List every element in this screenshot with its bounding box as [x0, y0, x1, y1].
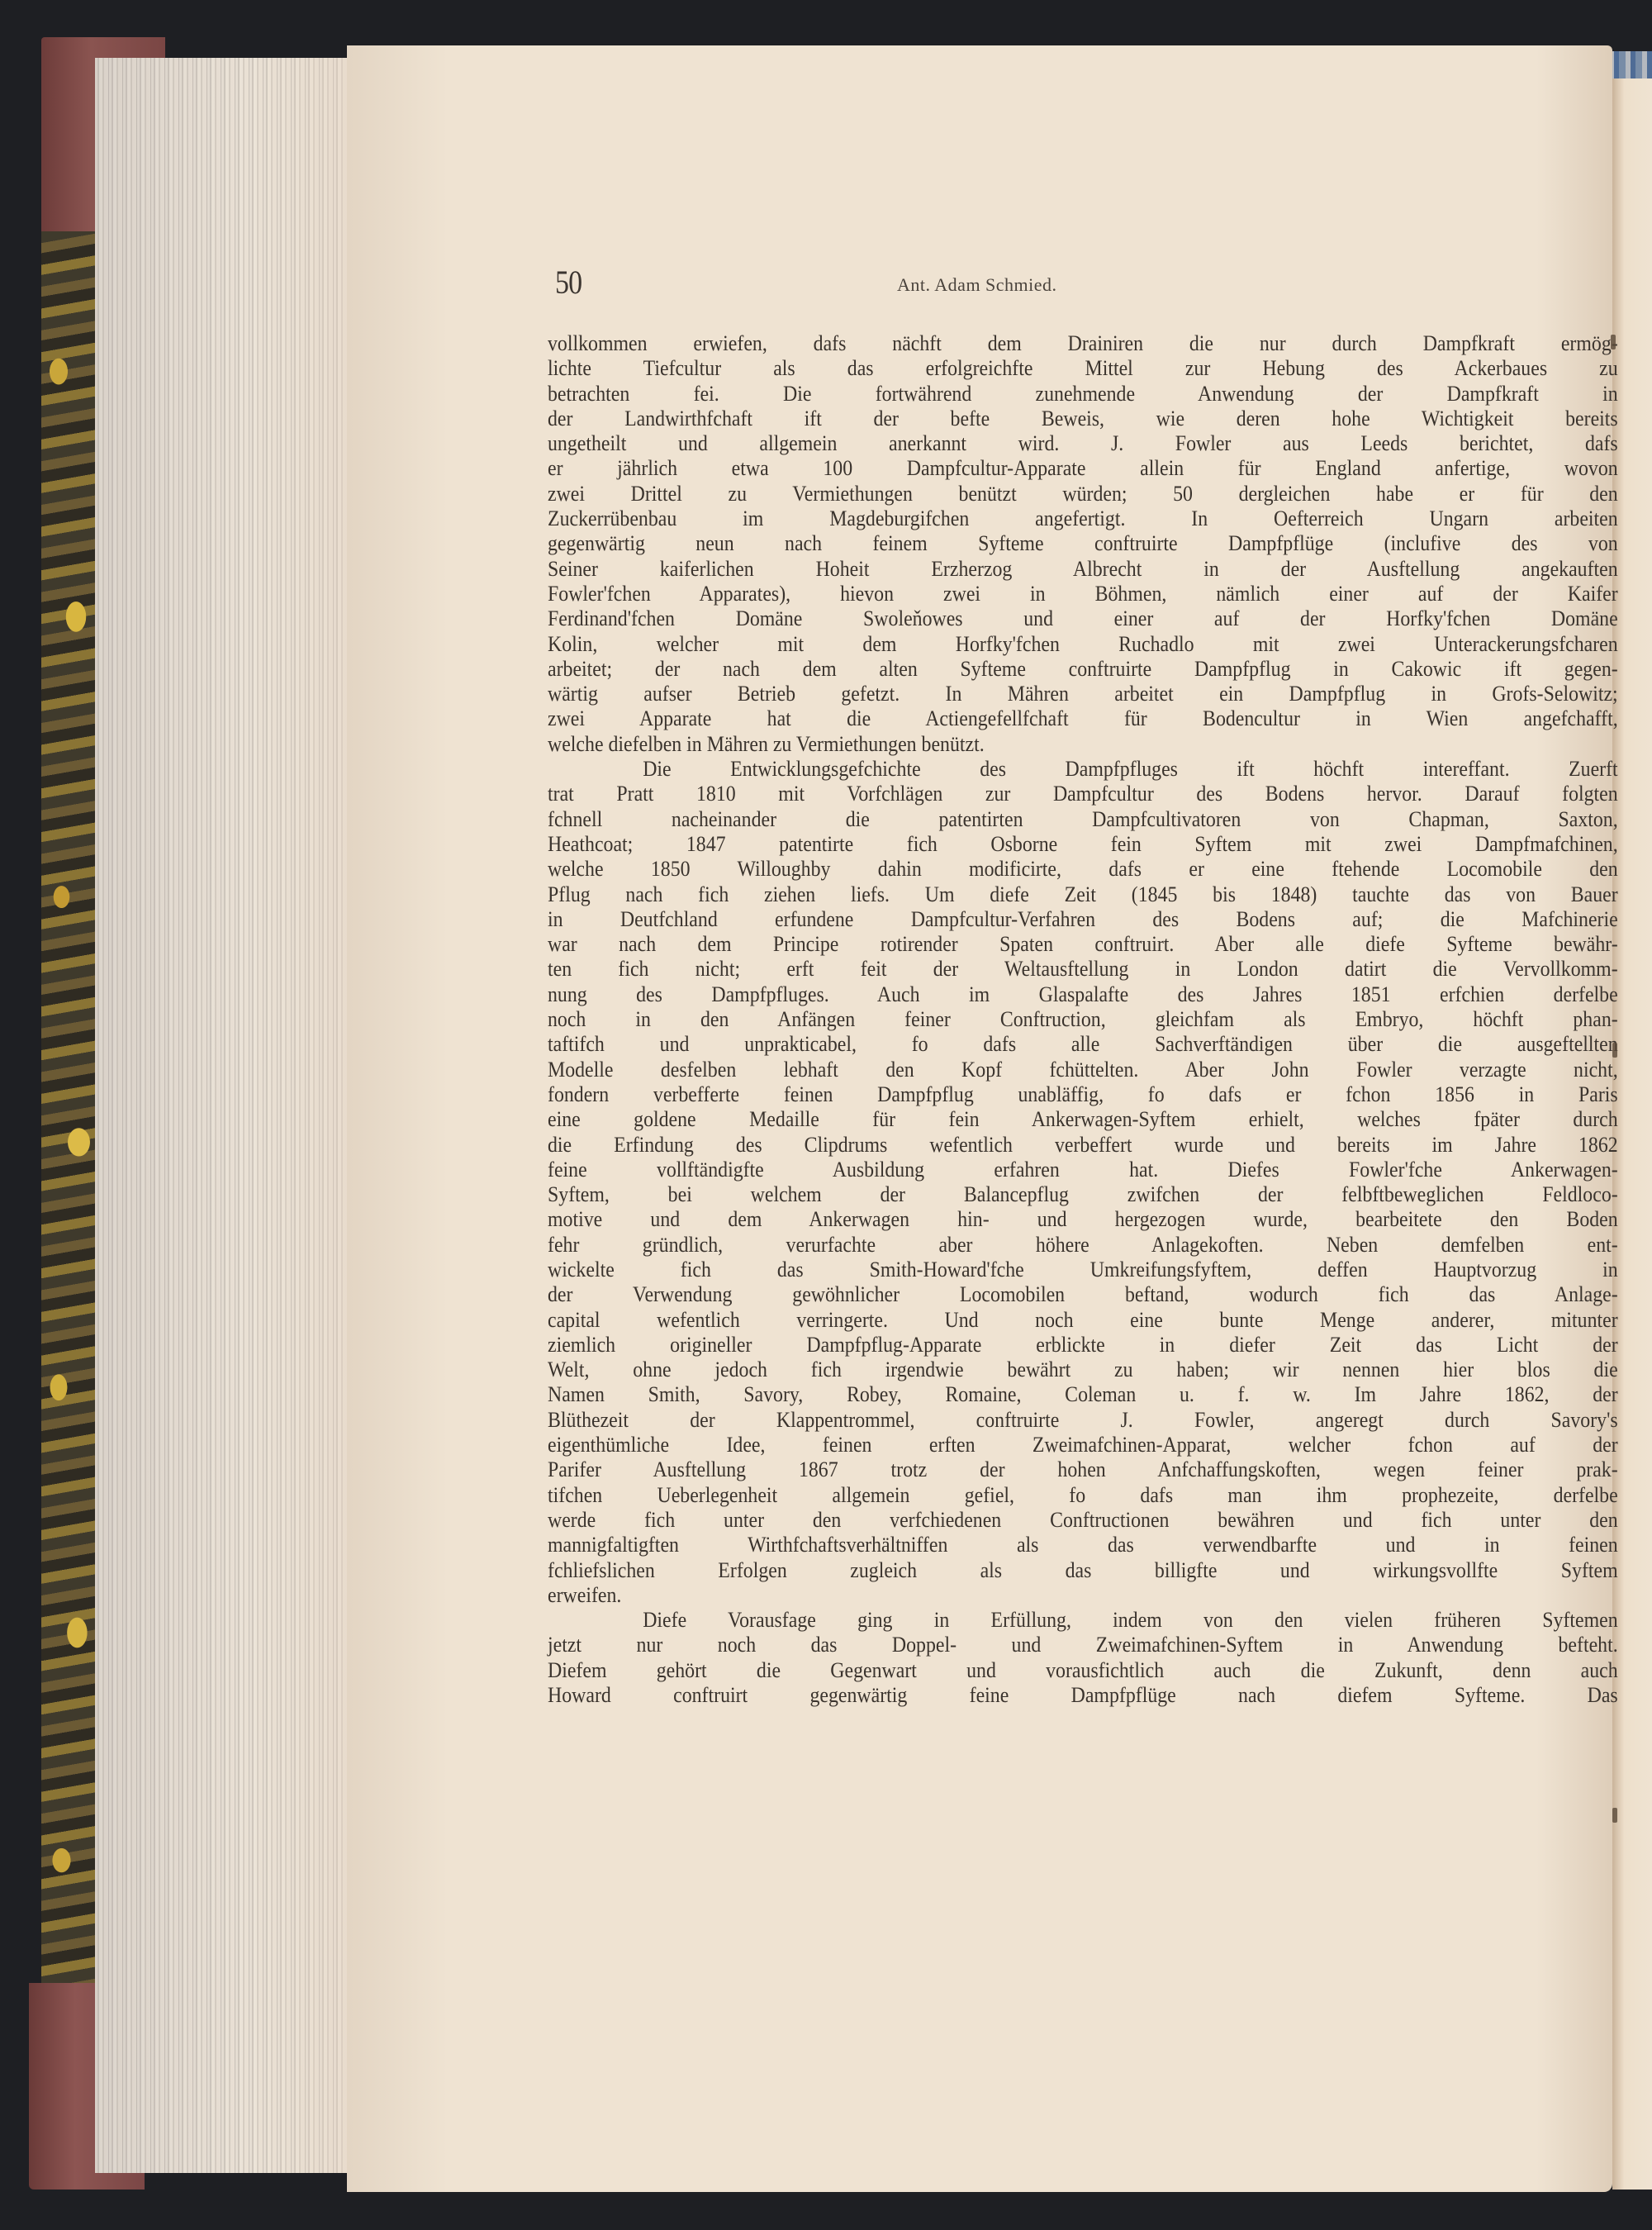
text-line: Diefe Vorausfage ging in Erfüllung, inde… [548, 1607, 1618, 1632]
text-line: zwei Drittel zu Vermiethungen benützt wü… [548, 481, 1618, 506]
text-line: Modelle desfelben lebhaft den Kopf fchüt… [548, 1057, 1618, 1082]
text-line: fchliefslichen Erfolgen zugleich als das… [548, 1557, 1618, 1582]
running-head: Ant. Adam Schmied. [897, 274, 1057, 296]
text-line: betrachten fei. Die fortwährend zunehmen… [548, 381, 1618, 406]
text-line: welche 1850 Willoughby dahin modificirte… [548, 856, 1618, 881]
text-line: fchnell nacheinander die patentirten Dam… [548, 806, 1618, 831]
text-line: arbeitet; der nach dem alten Syfteme con… [548, 656, 1618, 681]
margin-mark [1611, 335, 1616, 349]
text-line: Kolin, welcher mit dem Horfky'fchen Ruch… [548, 631, 1618, 656]
text-line: in Deutfchland erfundene Dampfcultur-Ver… [548, 906, 1618, 931]
text-line: jetzt nur noch das Doppel- und Zweimafch… [548, 1632, 1618, 1657]
text-line: ziemlich origineller Dampfpflug-Apparate… [548, 1332, 1618, 1357]
text-line: fondern verbefferte feinen Dampfpflug un… [548, 1082, 1618, 1106]
text-line: Seiner kaiferlichen Hoheit Erzherzog Alb… [548, 556, 1618, 581]
text-line: eine goldene Medaille für fein Ankerwage… [548, 1106, 1618, 1131]
page-number: 50 [555, 263, 582, 302]
text-line: die Erfindung des Clipdrums wefentlich v… [548, 1132, 1618, 1157]
text-line: Pflug nach fich ziehen liefs. Um diefe Z… [548, 882, 1618, 906]
text-line: vollkommen erwiefen, dafs nächft dem Dra… [548, 330, 1618, 355]
text-line: welche diefelben in Mähren zu Vermiethun… [548, 731, 1618, 756]
text-line: fehr gründlich, verurfachte aber höhere … [548, 1232, 1618, 1257]
text-line: motive und dem Ankerwagen hin- und herge… [548, 1206, 1618, 1231]
text-line: Zuckerrübenbau im Magdeburgifchen angefe… [548, 506, 1618, 530]
text-line: wickelte fich das Smith-Howard'fche Umkr… [548, 1257, 1618, 1281]
text-line: Syftem, bei welchem der Balancepflug zwi… [548, 1182, 1618, 1206]
text-line: Howard conftruirt gegenwärtig feine Damp… [548, 1682, 1618, 1707]
text-line: Ferdinand'fchen Domäne Swoleňowes und ei… [548, 606, 1618, 630]
text-line: tifchen Ueberlegenheit allgemein gefiel,… [548, 1482, 1618, 1507]
text-line: Parifer Ausftellung 1867 trotz der hohen… [548, 1457, 1618, 1481]
text-line: gegenwärtig neun nach feinem Syfteme con… [548, 530, 1618, 555]
text-line: Blüthezeit der Klappentrommel, conftruir… [548, 1407, 1618, 1432]
text-line: noch in den Anfängen feiner Conftruction… [548, 1006, 1618, 1031]
text-line: erweifen. [548, 1582, 1618, 1607]
text-line: wärtig aufser Betrieb gefetzt. In Mähren… [548, 681, 1618, 706]
text-line: capital wefentlich verringerte. Und noch… [548, 1307, 1618, 1332]
text-line: Heathcoat; 1847 patentirte fich Osborne … [548, 831, 1618, 856]
text-line: der Verwendung gewöhnlicher Locomobilen … [548, 1281, 1618, 1306]
book-cover-marbled-board [41, 231, 99, 1983]
text-line: Namen Smith, Savory, Robey, Romaine, Col… [548, 1381, 1618, 1406]
text-line: war nach dem Principe rotirender Spaten … [548, 931, 1618, 956]
text-line: eigenthümliche Idee, feinen erften Zweim… [548, 1432, 1618, 1457]
margin-mark [1612, 1808, 1617, 1823]
margin-mark [1612, 1043, 1617, 1058]
text-line: werde fich unter den verfchiedenen Conft… [548, 1507, 1618, 1532]
text-line: er jährlich etwa 100 Dampfcultur-Apparat… [548, 455, 1618, 480]
text-line: nung des Dampfpfluges. Auch im Glaspalaf… [548, 982, 1618, 1006]
page-edges-stack [95, 58, 351, 2173]
text-line: Welt, ohne jedoch fich irgendwie bewährt… [548, 1357, 1618, 1381]
text-line: feine vollftändigfte Ausbildung erfahren… [548, 1157, 1618, 1182]
text-line: trat Pratt 1810 mit Vorfchlägen zur Damp… [548, 781, 1618, 806]
text-line: taftifch und unprakticabel, fo dafs alle… [548, 1031, 1618, 1056]
text-line: lichte Tiefcultur als das erfolgreichfte… [548, 355, 1618, 380]
text-line: Fowler'fchen Apparates), hievon zwei in … [548, 581, 1618, 606]
text-line: Die Entwicklungsgefchichte des Dampfpflu… [548, 756, 1618, 781]
text-line: der Landwirthfchaft ift der befte Beweis… [548, 406, 1618, 430]
text-line: mannigfaltigften Wirthfchaftsverhältniff… [548, 1532, 1618, 1557]
text-line: Diefem gehört die Gegenwart und vorausfi… [548, 1657, 1618, 1682]
text-line: zwei Apparate hat die Actiengefellfchaft… [548, 706, 1618, 730]
text-line: ungetheilt und allgemein anerkannt wird.… [548, 430, 1618, 455]
text-line: ten fich nicht; erft feit der Weltausfte… [548, 956, 1618, 981]
body-text: vollkommen erwiefen, dafs nächft dem Dra… [548, 330, 1619, 1707]
